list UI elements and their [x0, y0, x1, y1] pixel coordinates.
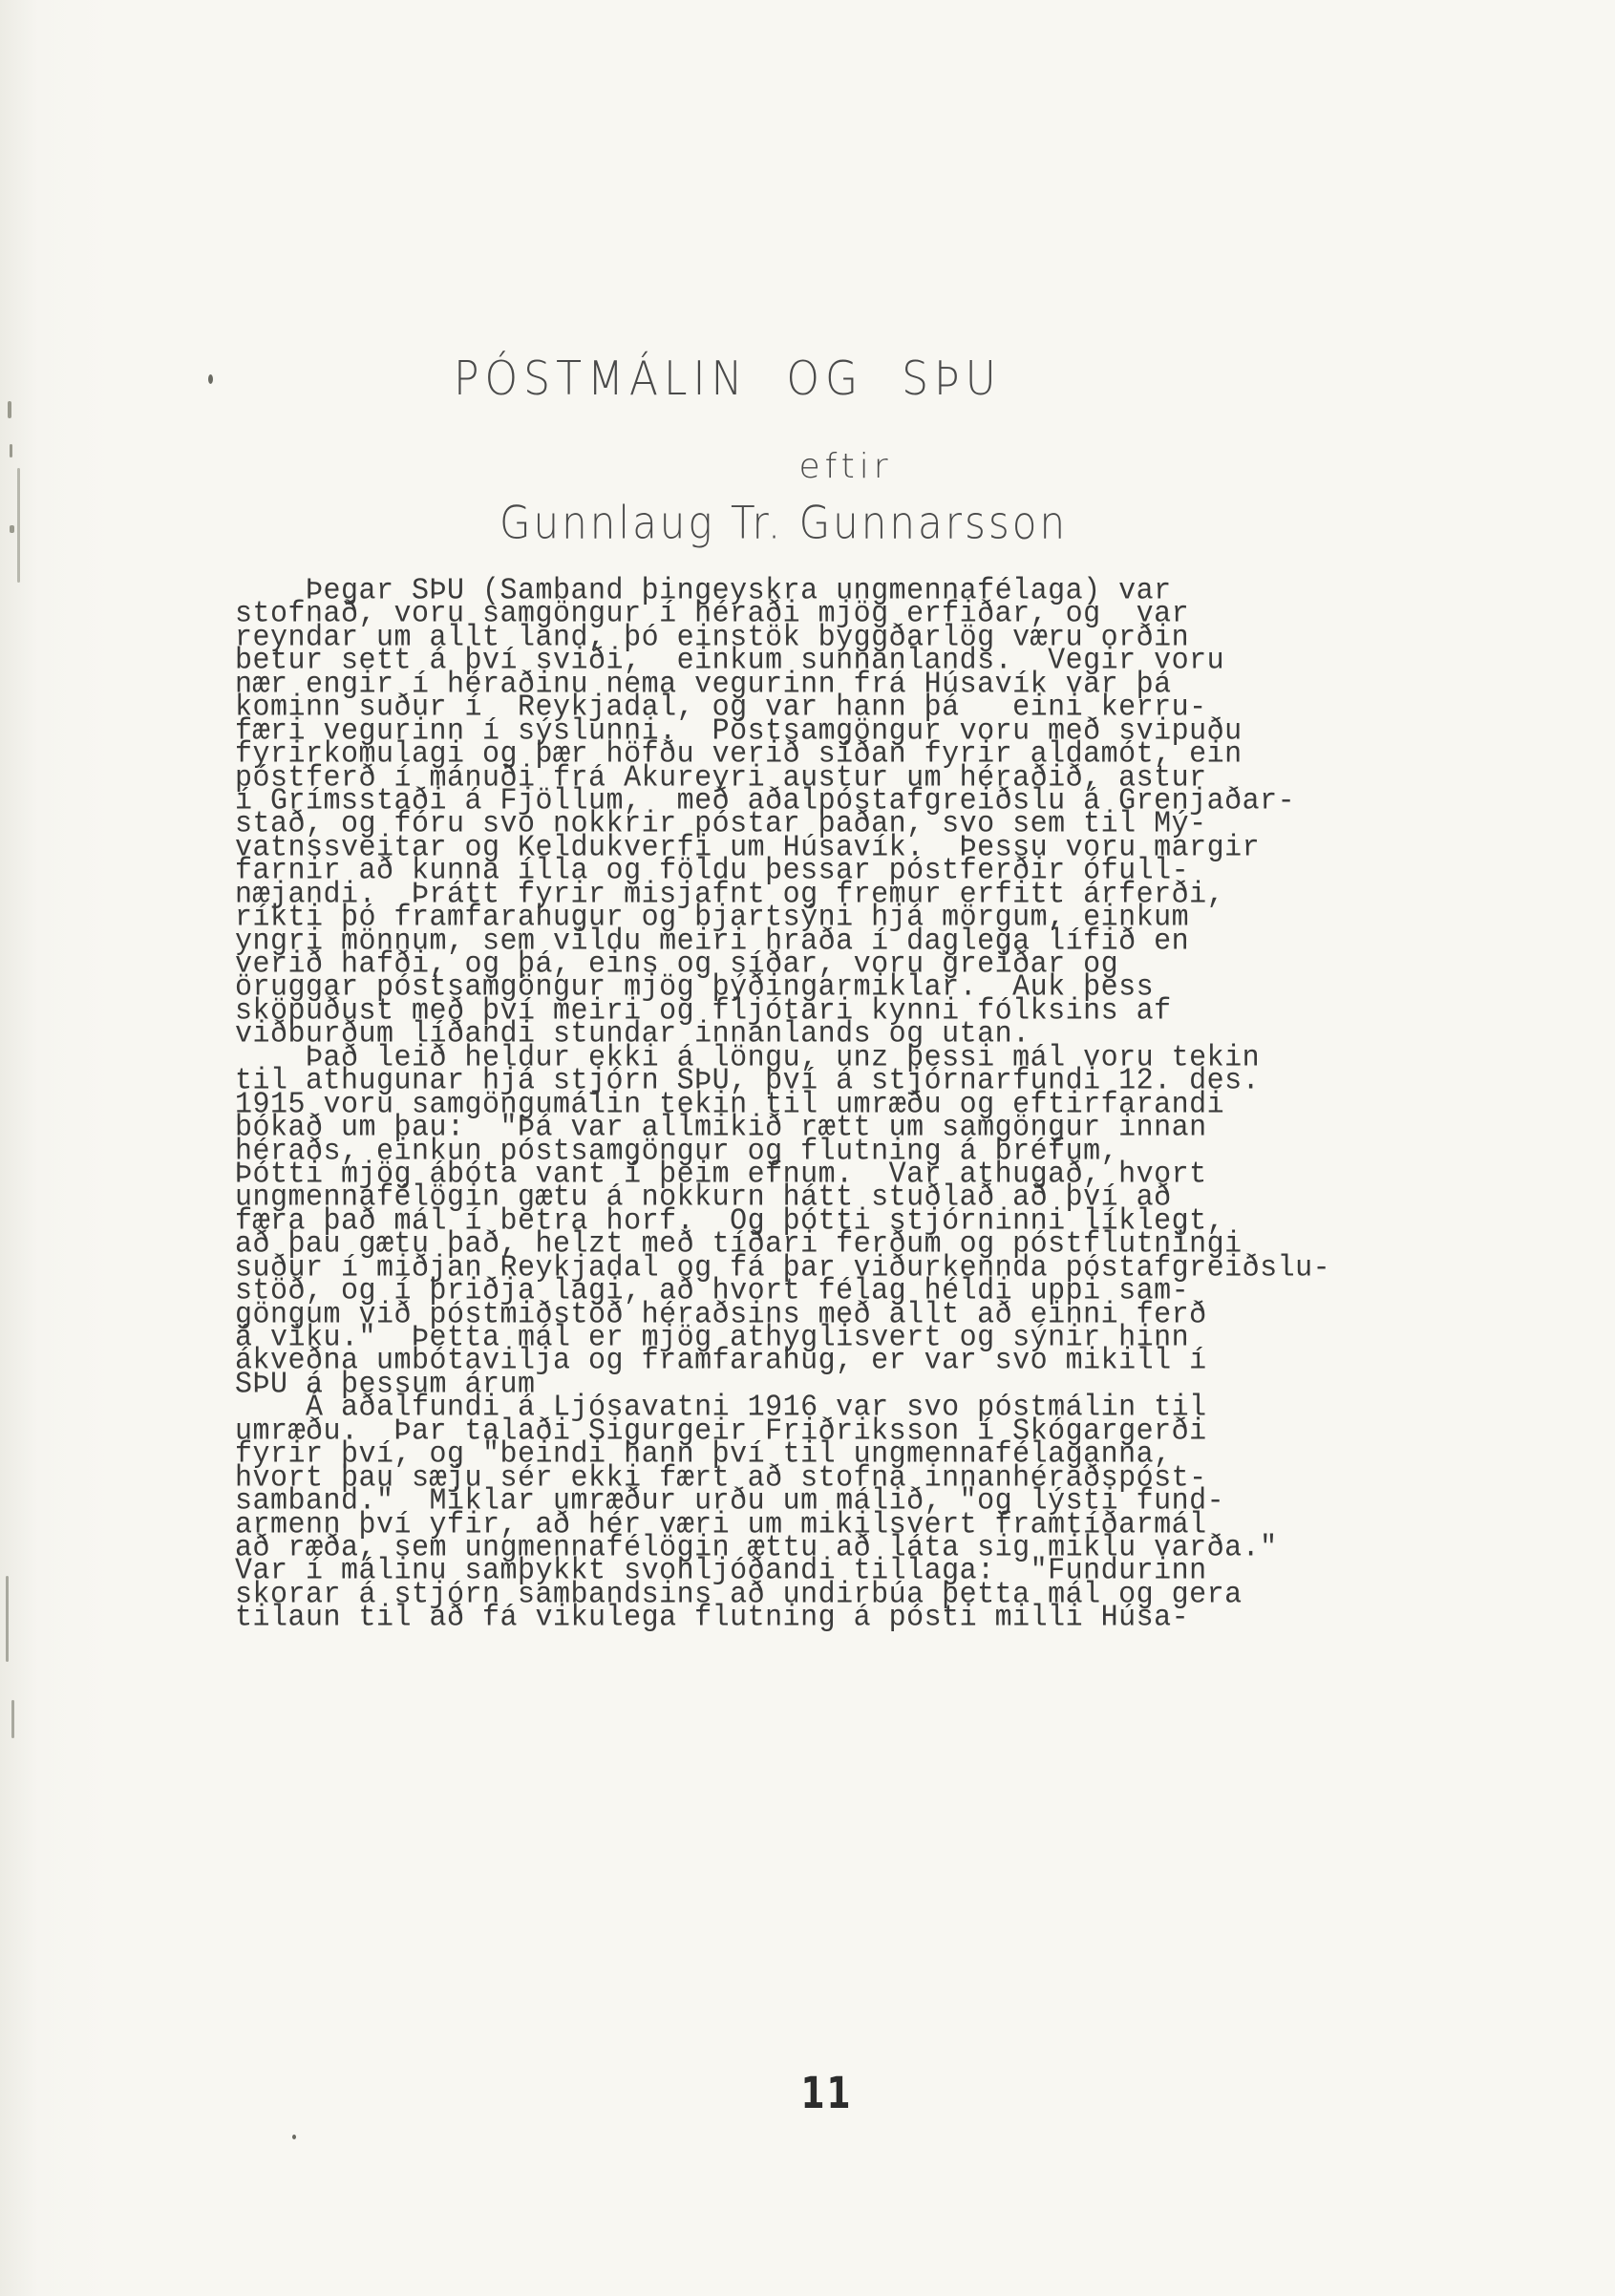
byline-label: eftir — [0, 447, 1615, 486]
stray-ink-mark — [292, 2135, 296, 2139]
binding-edge-marks — [0, 363, 38, 1796]
scanned-page: PÓSTMÁLIN OG SÞU eftir Gunnlaug Tr. Gunn… — [0, 0, 1615, 2296]
page-number: 11 — [0, 2070, 1615, 2118]
text-line: tilaun til að fá vikulega flutning á pós… — [235, 1606, 1505, 1631]
article-author: Gunnlaug Tr. Gunnarsson — [499, 497, 1068, 549]
stray-ink-mark — [208, 374, 213, 384]
article-title: PÓSTMÁLIN OG SÞU — [454, 351, 1002, 406]
article-body: Þegar SÞU (Samband þingeyskra ungmennafé… — [235, 580, 1505, 1630]
